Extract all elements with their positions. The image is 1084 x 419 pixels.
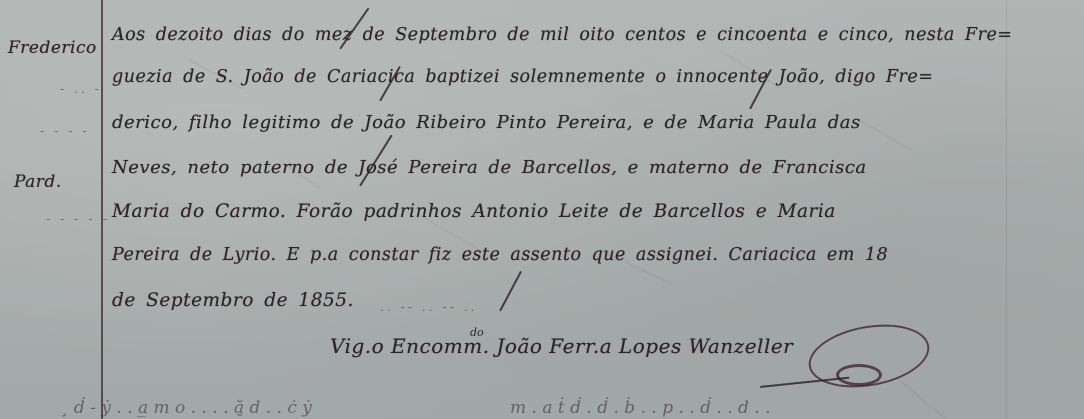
bleed-through-stroke bbox=[860, 120, 912, 151]
signature-flourish-knot bbox=[836, 364, 882, 386]
margin-note-name: Frederico bbox=[8, 38, 97, 58]
line-end-filler-dashes: .. -- .. -- .. bbox=[380, 300, 477, 314]
margin-rule-line bbox=[101, 0, 103, 419]
margin-note-race: Pard. bbox=[14, 172, 62, 192]
bleed-through-stroke bbox=[900, 380, 947, 419]
pen-stroke bbox=[499, 271, 522, 312]
record-line-3: derico, filho legitimo de João Ribeiro P… bbox=[112, 112, 861, 133]
record-line-6: Pereira de Lyrio. E p.a constar fiz este… bbox=[112, 245, 888, 265]
margin-filler-dashes: - .. - bbox=[60, 82, 102, 96]
margin-filler-dashes: - - - - bbox=[40, 124, 90, 138]
document-scan: Frederico - .. - - - - - Pard. - - - - -… bbox=[0, 0, 1084, 419]
priest-signature: Vig.o Encomm. João Ferr.a Lopes Wanzelle… bbox=[330, 334, 793, 358]
page-fold-line bbox=[1006, 0, 1007, 419]
margin-filler-dashes: - - - - - bbox=[46, 212, 110, 226]
record-line-7: de Septembro de 1855. bbox=[112, 290, 354, 311]
record-line-1: Aos dezoito dias do mez de Septembro de … bbox=[112, 25, 1012, 45]
next-entry-cutoff-text: ¸ ḋ - ẏ . . a̲ m o . . . . ă̱ d . . ċ ẏ bbox=[60, 398, 312, 418]
record-line-2: guezia de S. João de Cariacica baptizei … bbox=[112, 67, 933, 87]
record-line-4: Neves, neto paterno de José Pereira de B… bbox=[112, 157, 867, 178]
record-line-5: Maria do Carmo. Forão padrinhos Antonio … bbox=[112, 201, 836, 222]
next-entry-cutoff-text: m . a ṫ ḋ . ḋ . ḃ . . p . . ḋ . . d . . bbox=[510, 398, 771, 418]
